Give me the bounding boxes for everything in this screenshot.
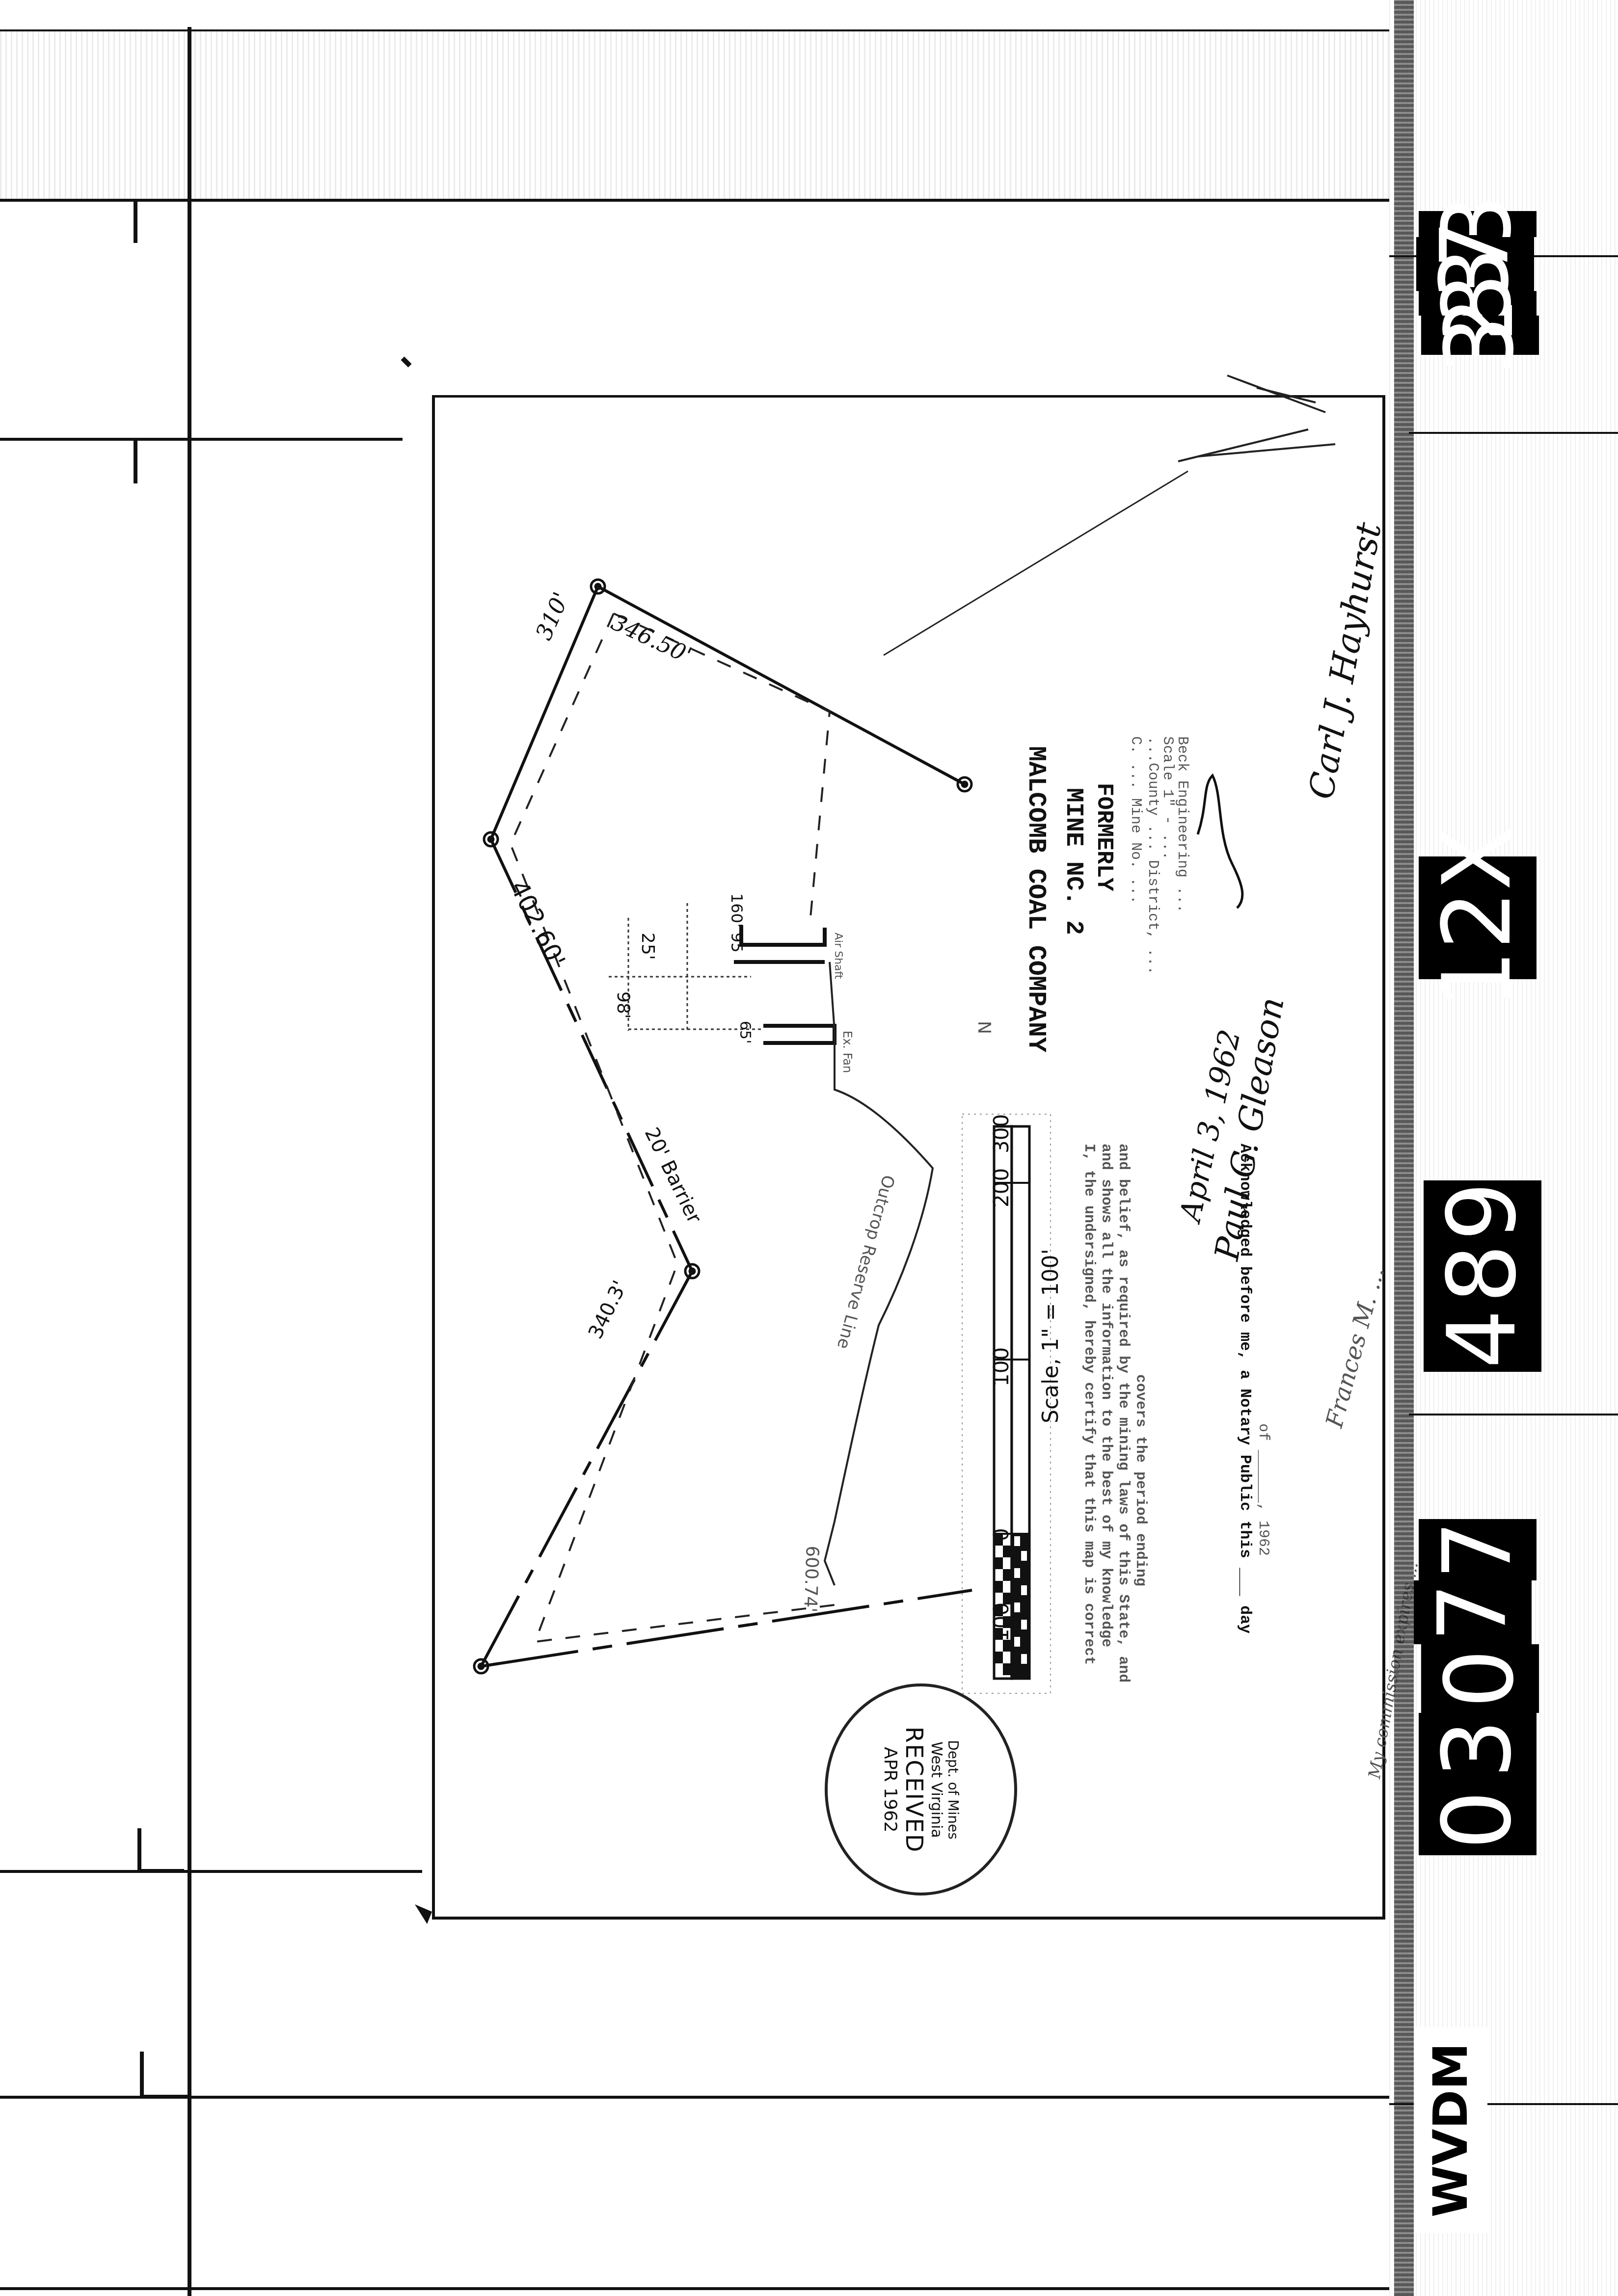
stamp-line-2: Dept. of Mines [945,1726,962,1853]
certification-line-3: and belief, as required by the mining la… [1115,1144,1132,1682]
boundary-label-bottom: 600.74' [800,1546,822,1613]
film-digit-3-group3-0: 3 [1421,335,1539,355]
dimension-label-3: 98' [613,991,633,1019]
formerly-label: FORMERLY [1091,783,1117,891]
film-strip-edge [1394,0,1414,2296]
scale-tick-100-left: 100 [989,1602,1013,1642]
acknowledged-line: Acknowledged before me, a Notary Public … [1236,1144,1254,1634]
scale-tick-200: 200 [989,1168,1013,1207]
certification-line-1: I, the undersigned, hereby certify that … [1080,1144,1097,1665]
film-digit-4: 4 [1424,1306,1541,1372]
received-stamp: Dept. of Mines West Virginia RECEIVED AP… [825,1683,1017,1896]
title-faint-line-2: ...County ... District, ... [1144,736,1161,975]
compass-mark: N [974,1021,994,1034]
acknowledged-line-2: of ______, 1962 [1255,1423,1271,1556]
mine-map-drawing [0,0,1618,2296]
entry-label-air-shaft: Air Shaft [832,933,844,979]
title-faint-line-4: Beck Engineering ... [1174,736,1190,913]
film-digit-7a: 7 [1414,1580,1532,1644]
film-prefix-wvdm: WVDM [1414,2027,1487,2233]
title-faint-line-1: C. ... Mine No. ... [1127,736,1144,904]
stamp-title: RECEIVED [901,1726,928,1853]
certification-line-4: covers the period ending [1132,1374,1149,1586]
film-digit-7b: 7 [1419,1519,1537,1580]
film-digit-9: 9 [1424,1180,1541,1242]
film-reduction-12x: 12X [1419,856,1537,979]
film-line-2 [1409,432,1618,434]
company-title: MALCOMB COAL COMPANY [1022,746,1051,1052]
stamp-date: APR 1962 [881,1726,901,1853]
scale-tick-0: 0 [989,1528,1013,1541]
scale-label: Scale, 1" = 100' [1038,1249,1063,1423]
film-digit-0a: 0 [1419,1784,1537,1855]
mine-number: MINE NC. 2 [1059,788,1087,935]
film-digit-0b: 0 [1421,1644,1539,1713]
dimension-label-4: 65' [736,1021,754,1043]
certification-line-2: and shows all the information to the bes… [1098,1144,1114,1647]
dimension-label-1: 160' 95 [728,893,746,953]
entry-label-ex-fan: Ex. Fan [840,1031,854,1073]
film-digit-8: 8 [1424,1242,1541,1306]
title-faint-line-3: Scale 1" - ... [1159,736,1176,860]
stamp-line-1: West Virginia [928,1726,945,1853]
scale-tick-300: 300 [989,1114,1013,1153]
dimension-label-2: 25' [638,933,658,960]
film-digit-3: 3 [1419,1713,1537,1784]
scale-tick-100: 100 [989,1347,1013,1387]
film-line-3 [1409,1414,1618,1415]
